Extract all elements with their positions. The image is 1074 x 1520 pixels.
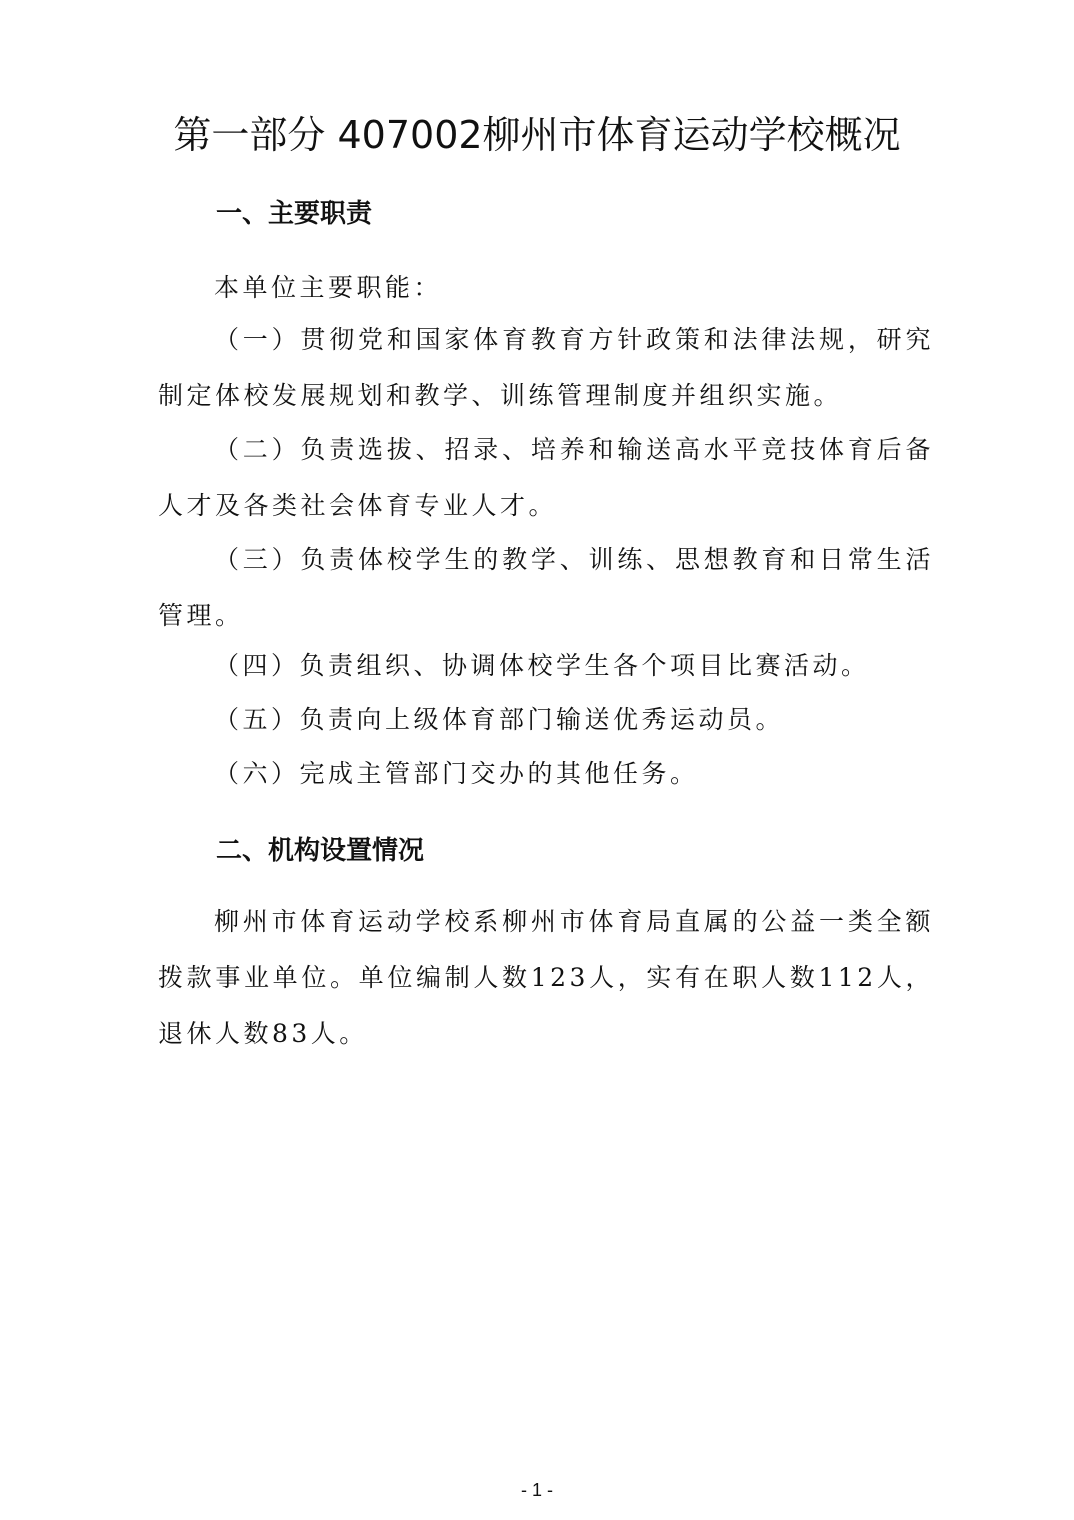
section-heading-organization: 二、机构设置情况 xyxy=(216,830,424,867)
paragraph: （四）负责组织、协调体校学生各个项目比赛活动。 xyxy=(158,638,934,694)
paragraph: （二）负责选拔、招录、培养和输送高水平竞技体育后备人才及各类社会体育专业人才。 xyxy=(158,422,934,534)
section-heading-duties: 一、主要职责 xyxy=(216,193,372,230)
paragraph: 本单位主要职能： xyxy=(158,260,934,316)
page-title: 第一部分 407002柳州市体育运动学校概况 xyxy=(0,104,1074,159)
page-number: - 1 - xyxy=(0,1480,1074,1501)
paragraph: 柳州市体育运动学校系柳州市体育局直属的公益一类全额拨款事业单位。单位编制人数12… xyxy=(158,894,934,1062)
paragraph: （一）贯彻党和国家体育教育方针政策和法律法规，研究制定体校发展规划和教学、训练管… xyxy=(158,312,934,424)
paragraph: （三）负责体校学生的教学、训练、思想教育和日常生活管理。 xyxy=(158,532,934,644)
paragraph: （六）完成主管部门交办的其他任务。 xyxy=(158,746,934,802)
paragraph: （五）负责向上级体育部门输送优秀运动员。 xyxy=(158,692,934,748)
